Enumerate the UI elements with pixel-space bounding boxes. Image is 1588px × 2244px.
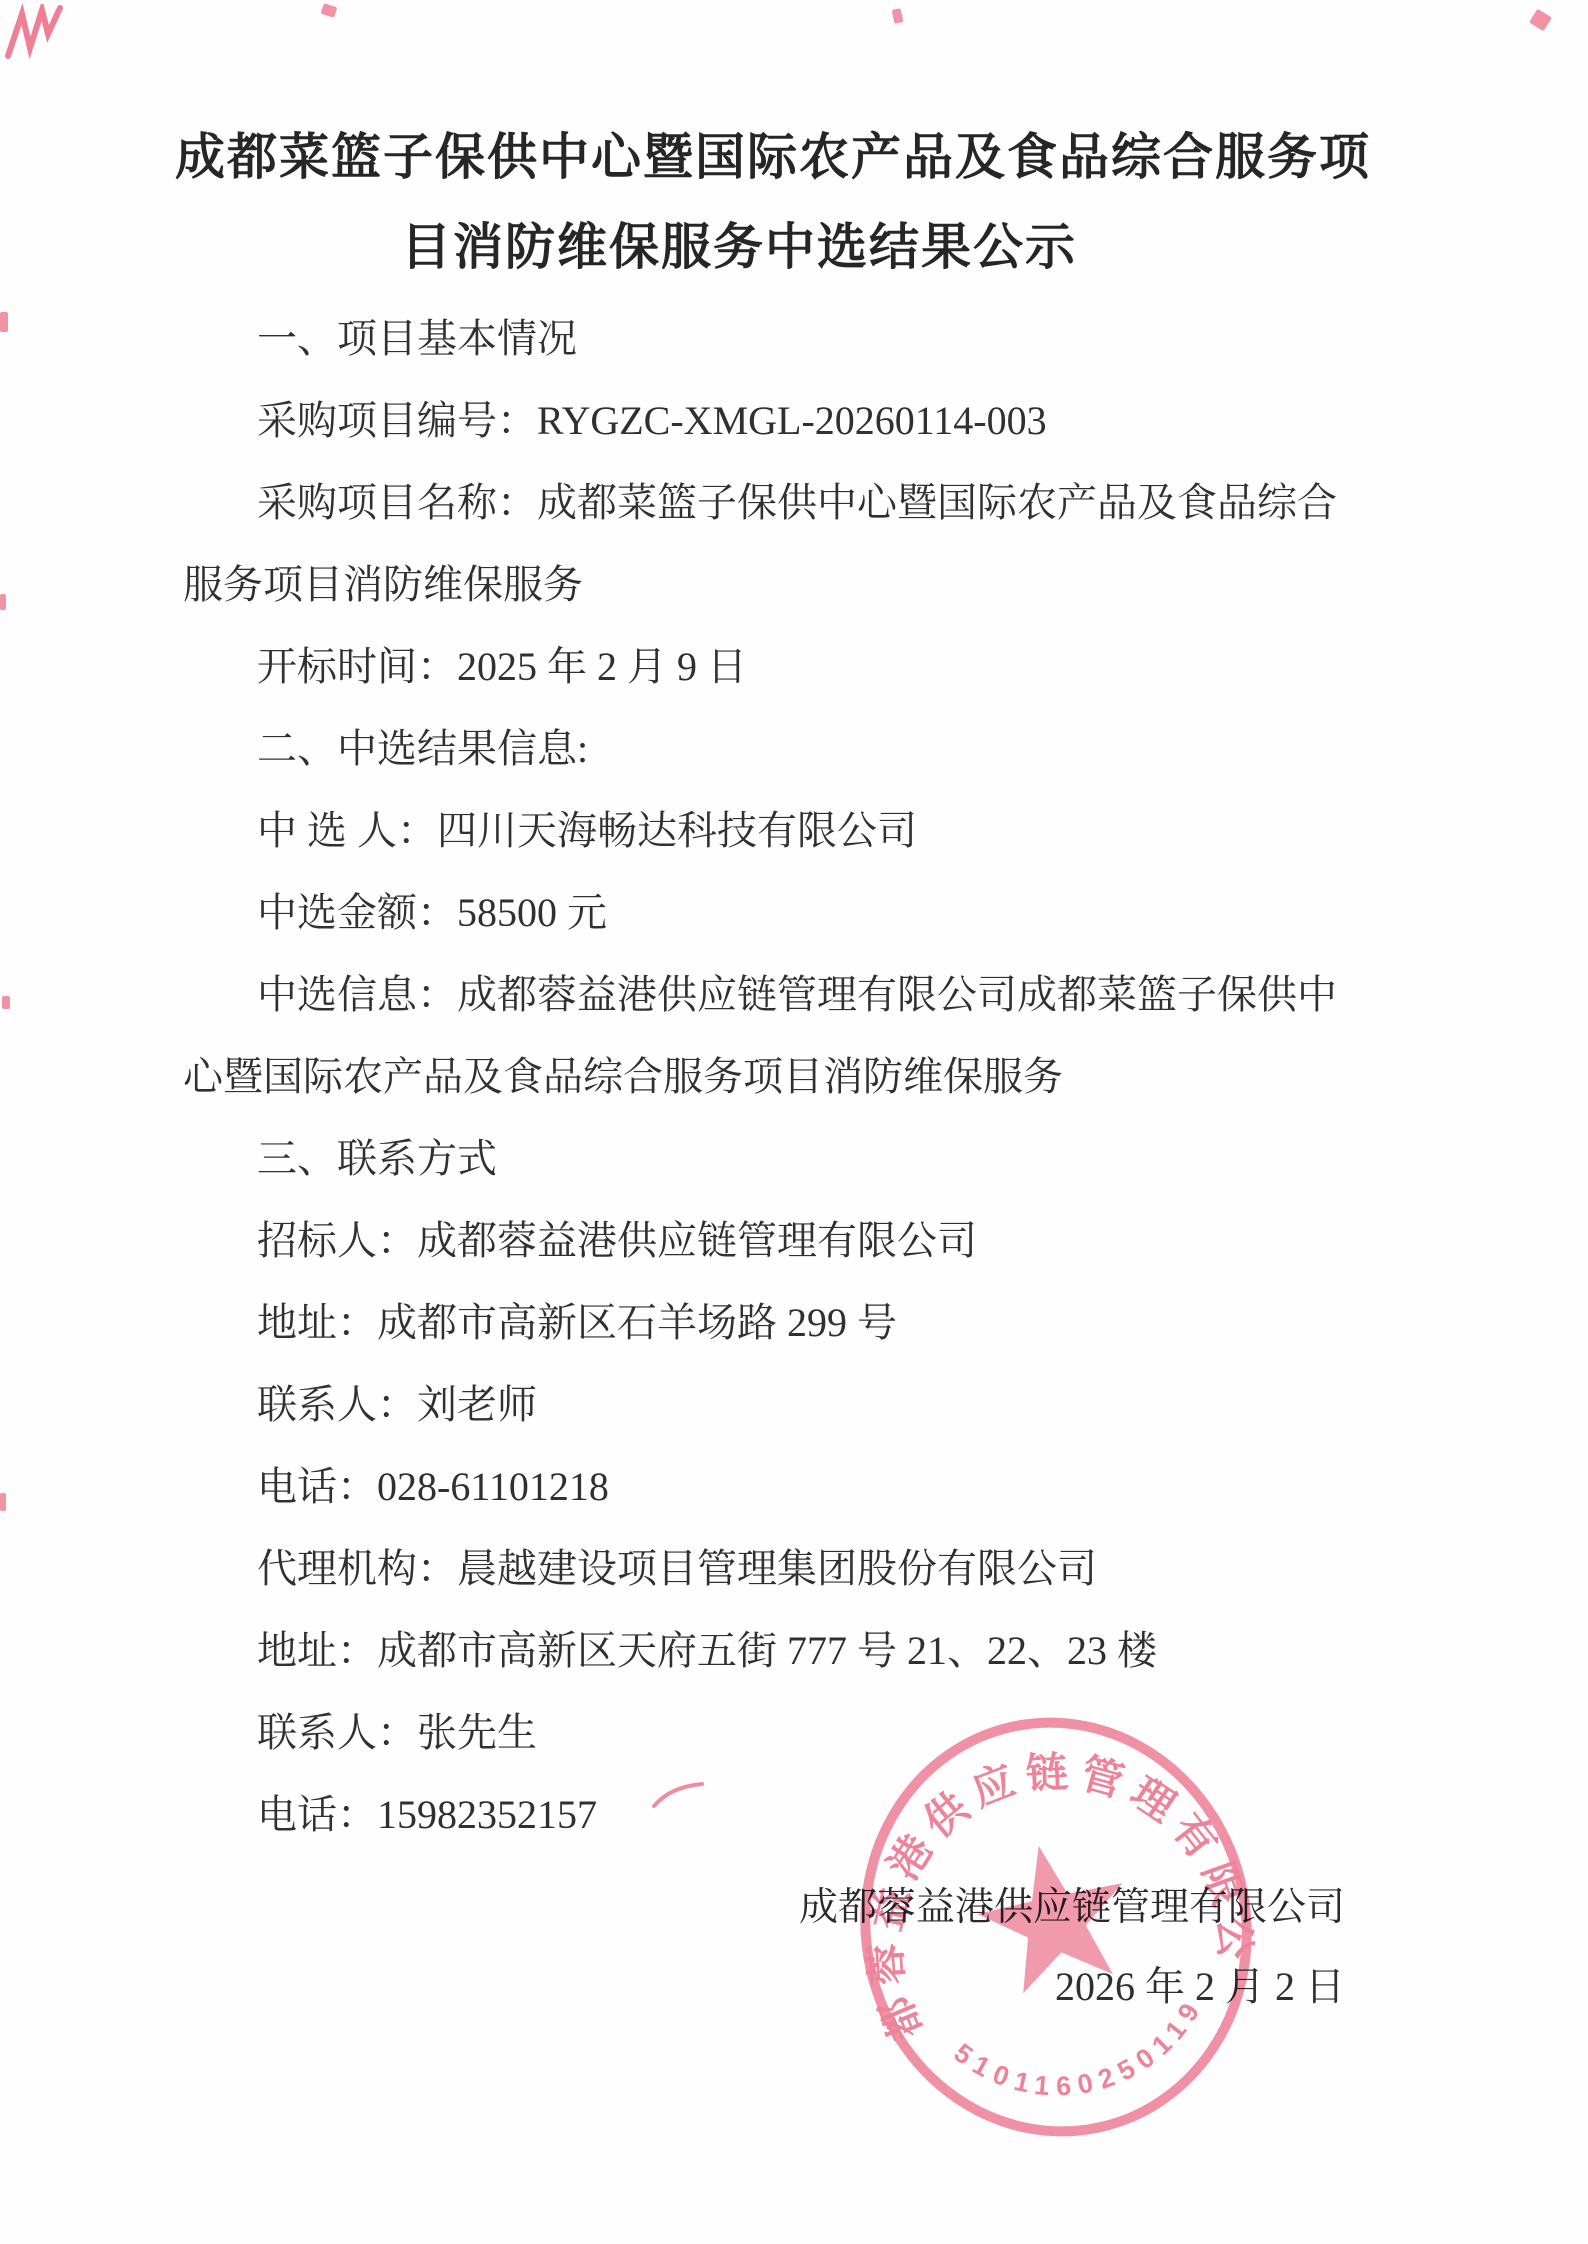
- paragraph-line: 中选信息：成都蓉益港供应链管理有限公司成都菜篮子保供中: [183, 954, 1428, 1036]
- title-line-1: 成都菜篮子保供中心暨国际农产品及食品综合服务项: [175, 112, 1303, 202]
- paragraph-line: 服务项目消防维保服务: [183, 544, 1428, 626]
- paragraph-line: 中选金额：58500 元: [183, 872, 1428, 954]
- signature-company: 成都蓉益港供应链管理有限公司: [0, 1868, 1345, 1948]
- paragraph-line: 地址：成都市高新区石羊场路 299 号: [183, 1282, 1428, 1364]
- paragraph-line: 开标时间：2025 年 2 月 9 日: [183, 626, 1428, 708]
- paragraph-line: 中 选 人：四川天海畅达科技有限公司: [183, 790, 1428, 872]
- paragraph-line: 电话：028-61101218: [183, 1446, 1428, 1528]
- paragraph-line: 电话：15982352157: [183, 1774, 1428, 1856]
- paragraph-line: 联系人：张先生: [183, 1692, 1428, 1774]
- signature-date: 2026 年 2 月 2 日: [0, 1948, 1345, 2026]
- paragraph-list: 一、项目基本情况采购项目编号：RYGZC-XMGL-20260114-003采购…: [0, 292, 1588, 1856]
- paragraph-line: 联系人：刘老师: [183, 1364, 1428, 1446]
- paragraph-line: 二、中选结果信息:: [183, 708, 1428, 790]
- paragraph-line: 一、项目基本情况: [183, 298, 1428, 380]
- paragraph-line: 代理机构：晨越建设项目管理集团股份有限公司: [183, 1528, 1428, 1610]
- paragraph-line: 三、联系方式: [183, 1118, 1428, 1200]
- paragraph-line: 采购项目名称：成都菜篮子保供中心暨国际农产品及食品综合: [183, 462, 1428, 544]
- paragraph-line: 地址：成都市高新区天府五街 777 号 21、22、23 楼: [183, 1610, 1428, 1692]
- signature-block: 成都蓉益港供应链管理有限公司 2026 年 2 月 2 日: [0, 1868, 1588, 2026]
- paragraph-line: 心暨国际农产品及食品综合服务项目消防维保服务: [183, 1036, 1428, 1118]
- document-title: 成都菜篮子保供中心暨国际农产品及食品综合服务项 目消防维保服务中选结果公示: [0, 0, 1588, 292]
- paragraph-line: 招标人：成都蓉益港供应链管理有限公司: [183, 1200, 1428, 1282]
- title-line-2: 目消防维保服务中选结果公示: [175, 202, 1303, 292]
- paragraph-line: 采购项目编号：RYGZC-XMGL-20260114-003: [183, 380, 1428, 462]
- document-page: 成都菜篮子保供中心暨国际农产品及食品综合服务项 目消防维保服务中选结果公示 一、…: [0, 0, 1588, 2244]
